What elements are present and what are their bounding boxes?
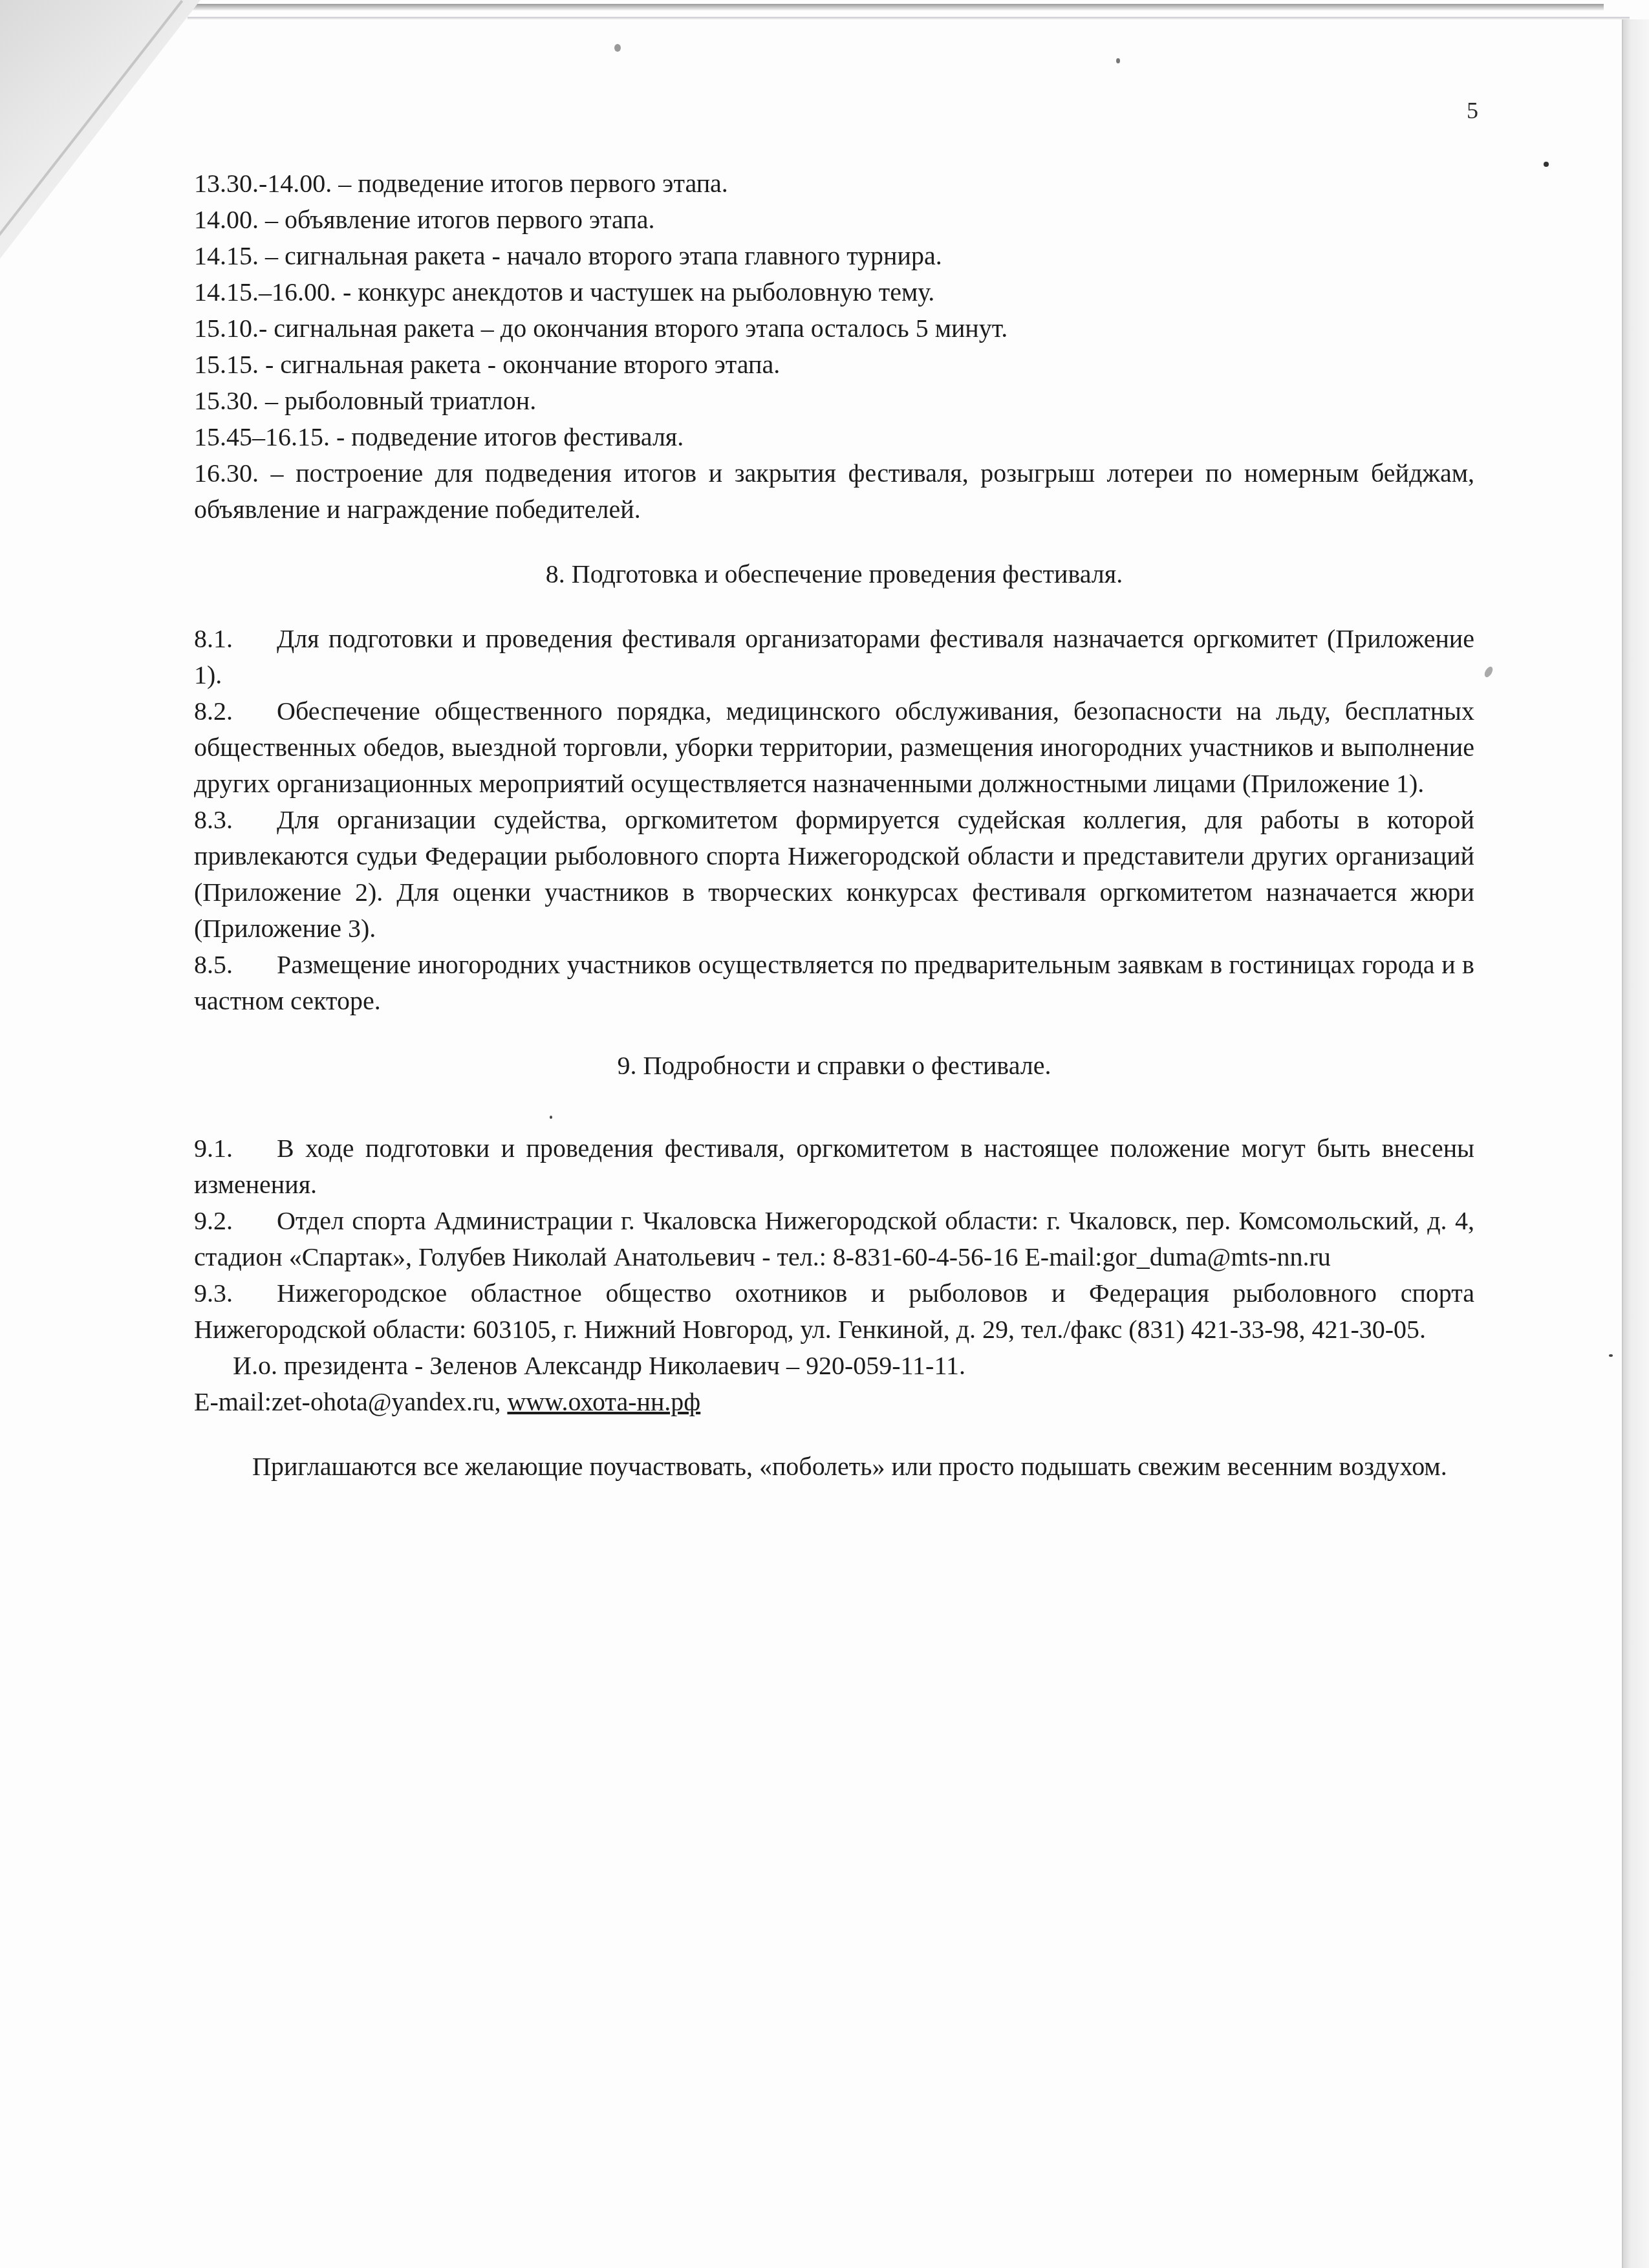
scan-top-edge-inner bbox=[188, 17, 1630, 19]
section-9-items: 9.1.В ходе подготовки и проведения фести… bbox=[194, 1130, 1474, 1420]
item-number: 8.5. bbox=[194, 947, 277, 983]
schedule-item: 15.30. – рыболовный триатлон. bbox=[194, 383, 1474, 419]
section-8-items: 8.1.Для подготовки и проведения фестивал… bbox=[194, 621, 1474, 1019]
contact-email-line: E-mail:zet-ohota@yandex.ru, www.охота-нн… bbox=[194, 1384, 1474, 1420]
schedule-item: 15.10.- сигнальная ракета – до окончания… bbox=[194, 310, 1474, 347]
scan-speck bbox=[1544, 162, 1549, 167]
section-9-title: 9. Подробности и справки о фестивале. bbox=[194, 1048, 1474, 1084]
contact-email[interactable]: E-mail:zet-ohota@yandex.ru, bbox=[194, 1387, 507, 1416]
scan-speck bbox=[1609, 1354, 1613, 1357]
website-link[interactable]: www.охота-нн.рф bbox=[507, 1387, 700, 1416]
section-item-9-1: 9.1.В ходе подготовки и проведения фести… bbox=[194, 1130, 1474, 1203]
schedule-item: 14.00. – объявление итогов первого этапа… bbox=[194, 202, 1474, 238]
folded-corner bbox=[0, 0, 200, 259]
item-text: Для организации судейства, оргкомитетом … bbox=[194, 805, 1474, 943]
scan-top-edge bbox=[188, 4, 1604, 10]
page-number: 5 bbox=[1467, 97, 1478, 124]
schedule-item: 15.45–16.15. - подведение итогов фестива… bbox=[194, 419, 1474, 455]
schedule-list: 13.30.-14.00. – подведение итогов первог… bbox=[194, 166, 1474, 528]
scan-speck bbox=[1116, 58, 1120, 63]
item-number: 9.3. bbox=[194, 1275, 277, 1312]
section-item-8-2: 8.2.Обеспечение общественного порядка, м… bbox=[194, 693, 1474, 802]
section-item-9-3: 9.3.Нижегородское областное общество охо… bbox=[194, 1275, 1474, 1348]
item-text: Для подготовки и проведения фестиваля ор… bbox=[194, 624, 1474, 689]
item-text: В ходе подготовки и проведения фестиваля… bbox=[194, 1134, 1474, 1199]
document-body: 13.30.-14.00. – подведение итогов первог… bbox=[194, 166, 1474, 1485]
item-text: Отдел спорта Администрации г. Чкаловска … bbox=[194, 1206, 1474, 1271]
schedule-item: 14.15. – сигнальная ракета - начало втор… bbox=[194, 238, 1474, 274]
section-item-8-3: 8.3.Для организации судейства, оргкомите… bbox=[194, 802, 1474, 947]
scanned-page: 5 13.30.-14.00. – подведение итогов перв… bbox=[0, 0, 1649, 2268]
scan-right-edge bbox=[1622, 19, 1649, 2268]
item-number: 8.2. bbox=[194, 693, 277, 729]
item-number: 9.1. bbox=[194, 1130, 277, 1167]
item-text: Размещение иногородних участников осущес… bbox=[194, 950, 1474, 1015]
section-8-title: 8. Подготовка и обеспечение проведения ф… bbox=[194, 556, 1474, 592]
section-item-9-2: 9.2.Отдел спорта Администрации г. Чкалов… bbox=[194, 1203, 1474, 1275]
item-text: Нижегородское областное общество охотник… bbox=[194, 1279, 1474, 1344]
schedule-item: 15.15. - сигнальная ракета - окончание в… bbox=[194, 347, 1474, 383]
scan-speck bbox=[614, 44, 621, 52]
item-number: 8.1. bbox=[194, 621, 277, 657]
section-item-8-1: 8.1.Для подготовки и проведения фестивал… bbox=[194, 621, 1474, 693]
item-number: 9.2. bbox=[194, 1203, 277, 1239]
item-number: 8.3. bbox=[194, 802, 277, 838]
president-contact: И.о. президента - Зеленов Александр Нико… bbox=[194, 1348, 1474, 1384]
section-item-8-5: 8.5.Размещение иногородних участников ос… bbox=[194, 947, 1474, 1019]
schedule-item: 14.15.–16.00. - конкурс анекдотов и част… bbox=[194, 274, 1474, 310]
closing-invitation: Приглашаются все желающие поучаствовать,… bbox=[194, 1449, 1474, 1485]
scan-speck bbox=[1483, 665, 1494, 679]
schedule-item: 16.30. – построение для подведения итого… bbox=[194, 455, 1474, 528]
item-text: Обеспечение общественного порядка, медиц… bbox=[194, 697, 1474, 798]
schedule-item: 13.30.-14.00. – подведение итогов первог… bbox=[194, 166, 1474, 202]
